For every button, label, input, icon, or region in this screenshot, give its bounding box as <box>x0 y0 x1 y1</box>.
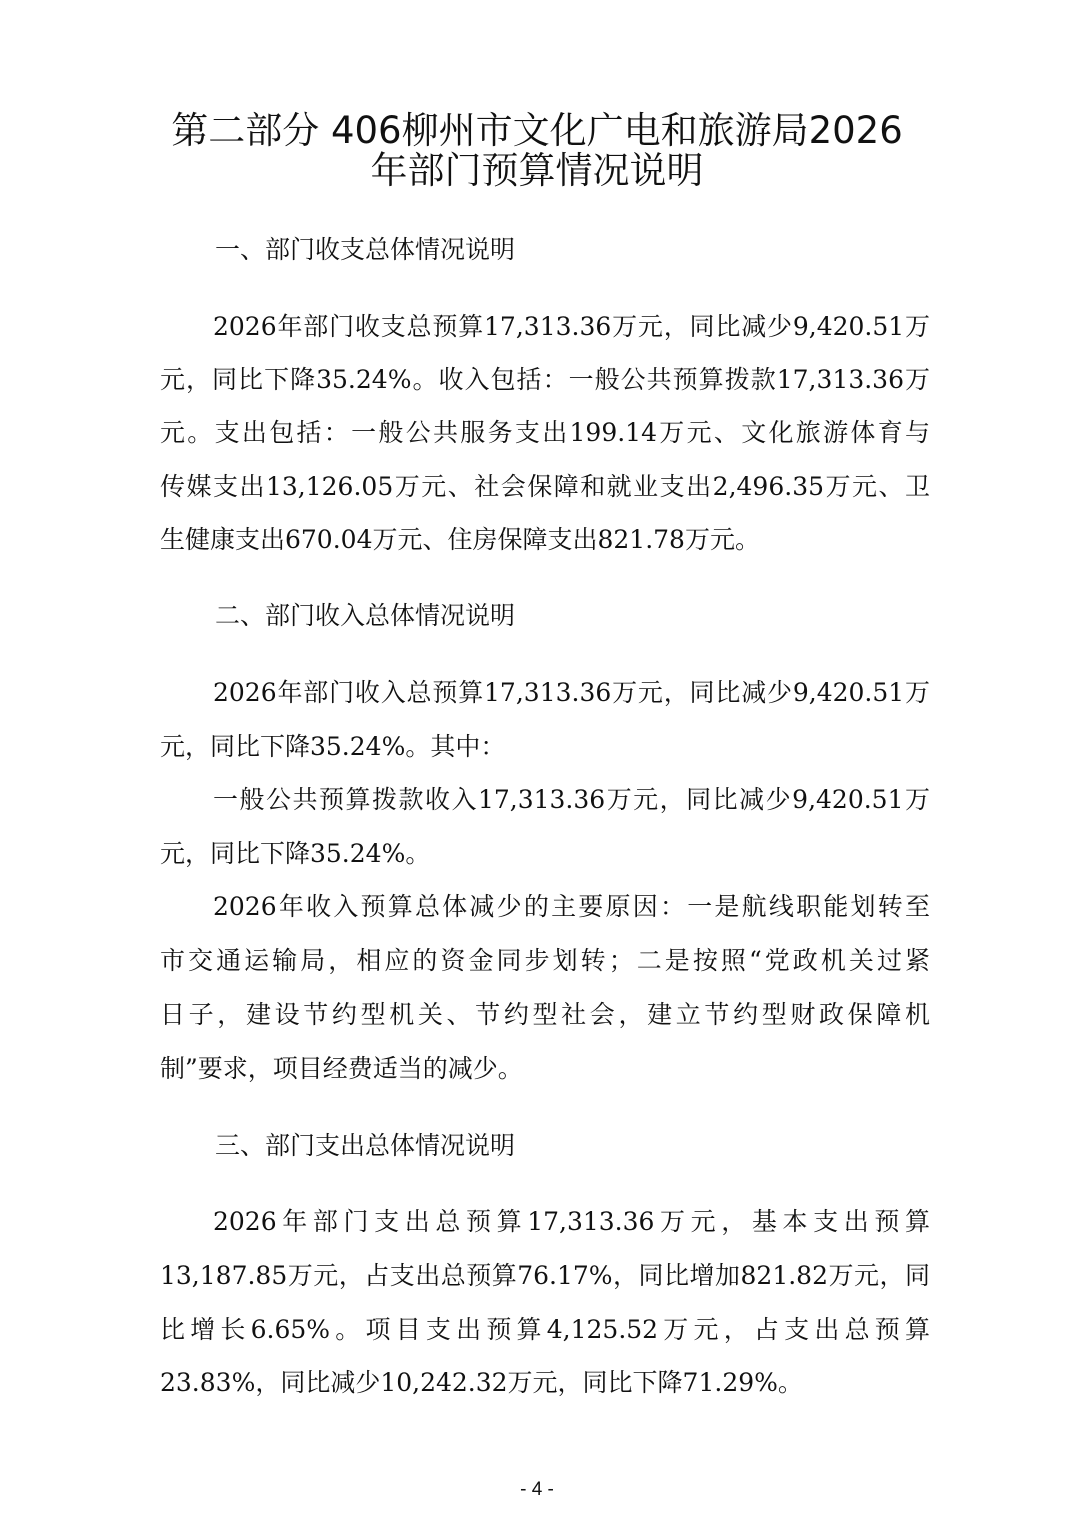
paragraph-line: 比增长6.65%。项目支出预算4,125.52万元，占支出总预算 <box>160 1315 930 1345</box>
paragraph-line: 2026年部门收支总预算17,313.36万元，同比减少9,420.51万 <box>213 312 930 342</box>
paragraph-line: 制”要求，项目经费适当的减少。 <box>160 1054 523 1084</box>
paragraph-line: 元，同比下降35.24%。其中： <box>160 732 505 762</box>
page-title-line-2: 年部门预算情况说明 <box>0 147 1074 195</box>
section-heading-2: 二、部门收入总体情况说明 <box>215 601 515 631</box>
paragraph-line: 2026年部门收入总预算17,313.36万元，同比减少9,420.51万 <box>213 678 930 708</box>
paragraph-line: 2026年收入预算总体减少的主要原因：一是航线职能划转至 <box>213 892 930 922</box>
paragraph-line: 元，同比下降35.24%。收入包括：一般公共预算拨款17,313.36万 <box>160 365 930 395</box>
paragraph-line: 元，同比下降35.24%。 <box>160 839 430 869</box>
section-heading-3: 三、部门支出总体情况说明 <box>215 1131 515 1161</box>
section-heading-1: 一、部门收支总体情况说明 <box>215 235 515 265</box>
paragraph-line: 生健康支出670.04万元、住房保障支出821.78万元。 <box>160 525 760 555</box>
paragraph-line: 日子，建设节约型机关、节约型社会，建立节约型财政保障机 <box>160 1000 930 1030</box>
paragraph-line: 市交通运输局，相应的资金同步划转；二是按照“党政机关过紧 <box>160 946 930 976</box>
paragraph-line: 元。支出包括：一般公共服务支出199.14万元、文化旅游体育与 <box>160 418 930 448</box>
paragraph-line: 13,187.85万元，占支出总预算76.17%，同比增加821.82万元，同 <box>160 1261 930 1291</box>
paragraph-line: 2026年部门支出总预算17,313.36万元，基本支出预算 <box>213 1207 930 1237</box>
paragraph-line: 一般公共预算拨款收入17,313.36万元，同比减少9,420.51万 <box>213 785 930 815</box>
page-number: - 4 - <box>0 1479 1074 1501</box>
paragraph-line: 传媒支出13,126.05万元、社会保障和就业支出2,496.35万元、卫 <box>160 472 930 502</box>
paragraph-line: 23.83%，同比减少10,242.32万元，同比下降71.29%。 <box>160 1368 803 1398</box>
